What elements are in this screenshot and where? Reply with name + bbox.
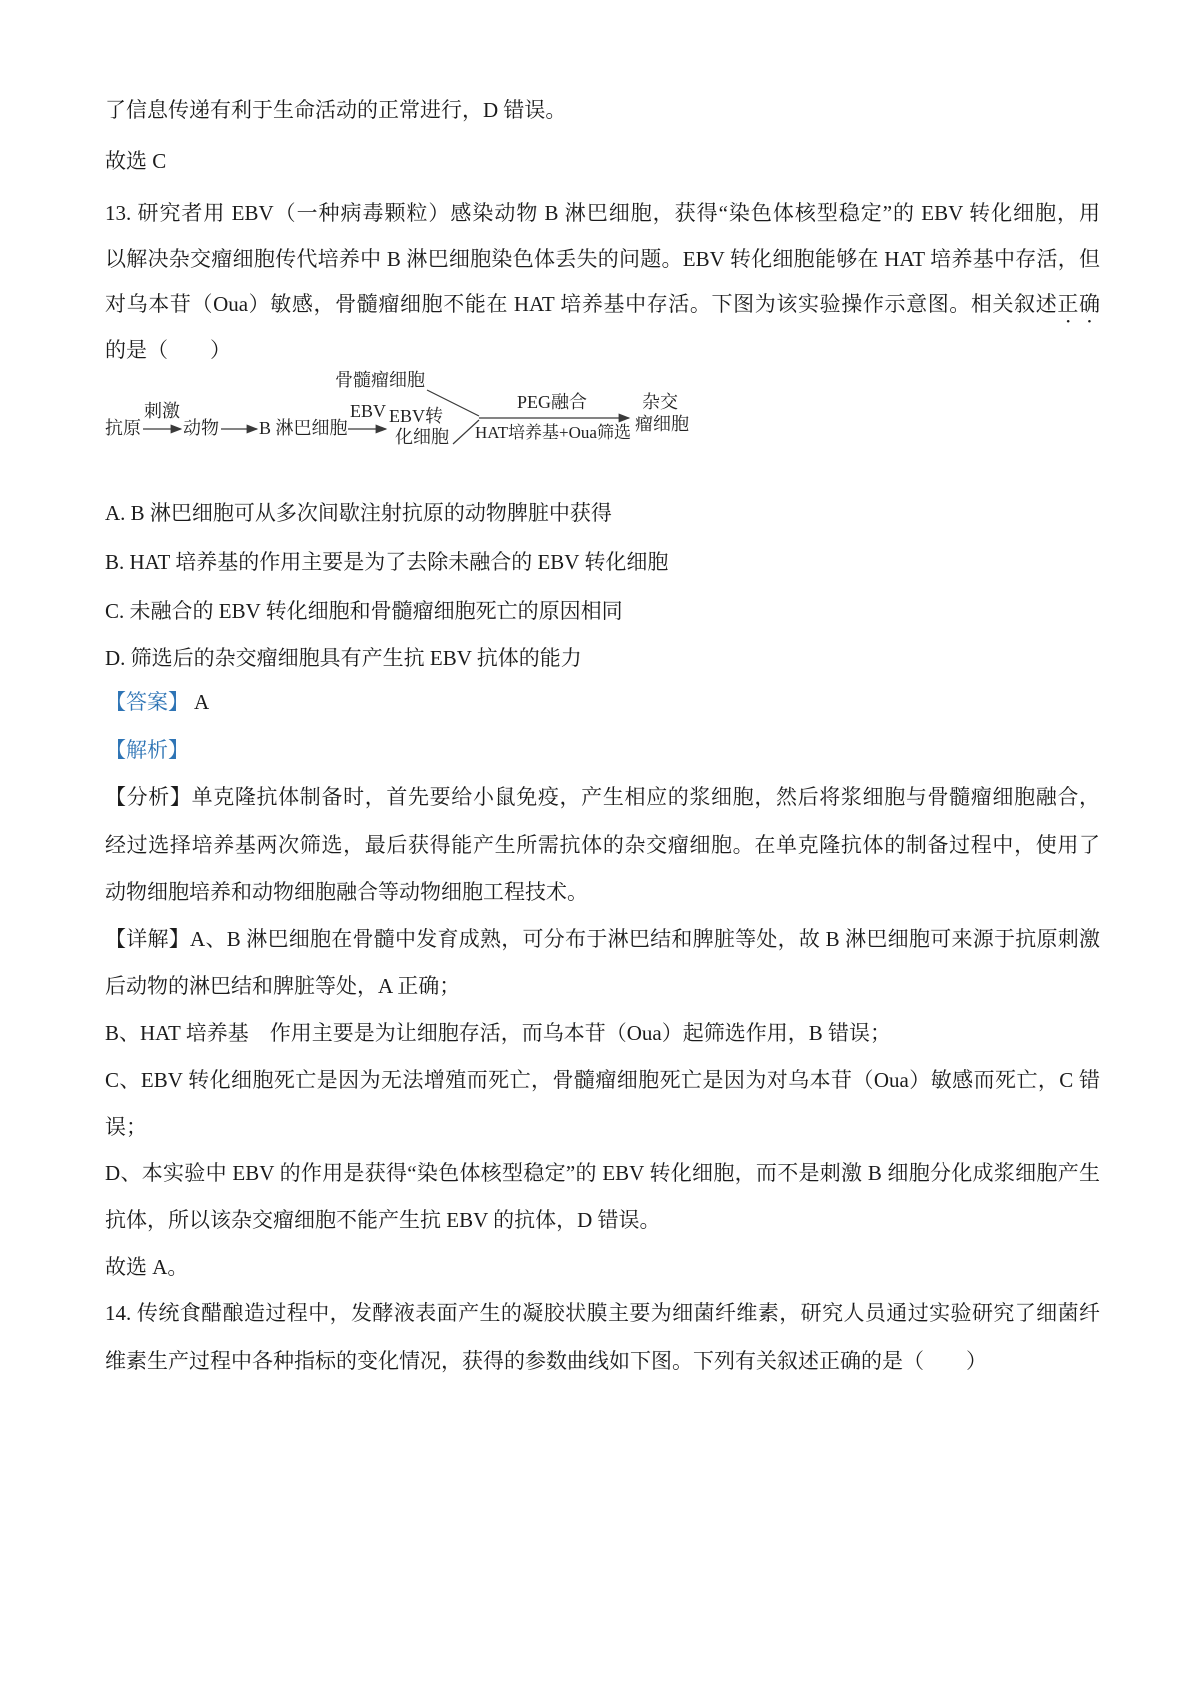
- q13-detail-line-6: D、本实验中 EBV 的作用是获得“染色体核型稳定”的 EBV 转化细胞，而不是…: [105, 1158, 1100, 1188]
- q13-explain-label: 【解析】: [105, 735, 1100, 765]
- q13-conclusion: 故选 A。: [105, 1252, 1100, 1282]
- diagram-label-antigen: 抗原: [105, 418, 141, 438]
- q14-stem-line-1: 14. 传统食醋酿造过程中，发酵液表面产生的凝胶状膜主要为细菌纤维素，研究人员通…: [105, 1298, 1100, 1328]
- q13-analysis-line-2: 经过选择培养基两次筛选，最后获得能产生所需抗体的杂交瘤细胞。在单克隆抗体的制备过…: [105, 830, 1100, 860]
- q13-answer-line: 【答案】A: [105, 687, 1100, 717]
- q13-analysis-line-1: 【分析】单克隆抗体制备时，首先要给小鼠免疫，产生相应的浆细胞，然后将浆细胞与骨髓…: [105, 782, 1100, 812]
- q13-stem-tail: 的是（ ）: [105, 335, 1100, 365]
- diagram-label-ebv: EBV: [350, 401, 386, 421]
- diagram-label-ebv-cell-line2: 化细胞: [395, 427, 449, 447]
- q13-stem-line-2: 以解决杂交瘤细胞传代培养中 B 淋巴细胞染色体丢失的问题。EBV 转化细胞能够在…: [105, 244, 1100, 274]
- diagram-label-ebv-cell-line1: EBV转: [389, 406, 443, 426]
- diagram-label-hybridoma-line2: 瘤细胞: [635, 414, 689, 434]
- q13-detail-line-1: 【详解】A、B 淋巴细胞在骨髓中发育成熟，可分布于淋巴结和脾脏等处，故 B 淋巴…: [105, 924, 1100, 954]
- q13-stem-line-3: 对乌本苷（Oua）敏感，骨髓瘤细胞不能在 HAT 培养基中存活。下图为该实验操作…: [105, 289, 1100, 328]
- q13-detail-line-5: 误；: [105, 1112, 1100, 1142]
- q13-detail-line-2: 后动物的淋巴结和脾脏等处，A 正确；: [105, 971, 1100, 1001]
- diagram-label-peg-fusion: PEG融合: [517, 392, 587, 412]
- q13-detail-line-4: C、EBV 转化细胞死亡是因为无法增殖而死亡，骨髓瘤细胞死亡是因为对乌本苷（Ou…: [105, 1065, 1100, 1095]
- diagram-label-hybridoma-line1: 杂交: [642, 392, 678, 412]
- prev-answer-conclusion: 故选 C: [105, 146, 1100, 176]
- q13-option-c: C. 未融合的 EBV 转化细胞和骨髓瘤细胞死亡的原因相同: [105, 596, 1100, 626]
- explain-label: 【解析】: [105, 738, 189, 762]
- exam-document-page: 了信息传递有利于生命活动的正常进行，D 错误。 故选 C 13. 研究者用 EB…: [0, 0, 1200, 1698]
- prev-answer-tail-line: 了信息传递有利于生命活动的正常进行，D 错误。: [105, 95, 1100, 125]
- q13-detail-line-7: 抗体，所以该杂交瘤细胞不能产生抗 EBV 的抗体，D 错误。: [105, 1205, 1100, 1235]
- q13-stem-line-3-text: 对乌本苷（Oua）敏感，骨髓瘤细胞不能在 HAT 培养基中存活。下图为该实验操作…: [105, 292, 1057, 316]
- q13-analysis-line-3: 动物细胞培养和动物细胞融合等动物细胞工程技术。: [105, 877, 1100, 907]
- diagram-label-hat-screen: HAT培养基+Oua筛选: [475, 423, 631, 443]
- diagram-label-animal: 动物: [183, 418, 219, 438]
- q13-detail-line-3: B、HAT 培养基 作用主要是为让细胞存活，而乌本苷（Oua）起筛选作用，B 错…: [105, 1018, 1100, 1048]
- q13-stem-line-1: 13. 研究者用 EBV（一种病毒颗粒）感染动物 B 淋巴细胞，获得“染色体核型…: [105, 198, 1100, 228]
- q13-experiment-diagram: 骨髓瘤细胞 抗原 刺激 动物 B 淋巴细胞 EBV EBV转 化细胞 PEG融合…: [105, 366, 705, 478]
- q13-stem-emphasized-word: 正确: [1057, 292, 1100, 316]
- q13-option-b: B. HAT 培养基的作用主要是为了去除未融合的 EBV 转化细胞: [105, 547, 1100, 577]
- q13-option-d: D. 筛选后的杂交瘤细胞具有产生抗 EBV 抗体的能力: [105, 643, 1100, 673]
- q14-stem-line-2: 维素生产过程中各种指标的变化情况，获得的参数曲线如下图。下列有关叙述正确的是（ …: [105, 1346, 1100, 1376]
- diagram-label-stimulate: 刺激: [144, 401, 180, 421]
- answer-value: A: [194, 690, 209, 714]
- q13-option-a: A. B 淋巴细胞可从多次间歇注射抗原的动物脾脏中获得: [105, 498, 1100, 528]
- diagram-label-myeloma-cell: 骨髓瘤细胞: [335, 370, 425, 390]
- answer-label: 【答案】: [105, 690, 189, 714]
- diagram-label-b-lymphocyte: B 淋巴细胞: [259, 418, 348, 438]
